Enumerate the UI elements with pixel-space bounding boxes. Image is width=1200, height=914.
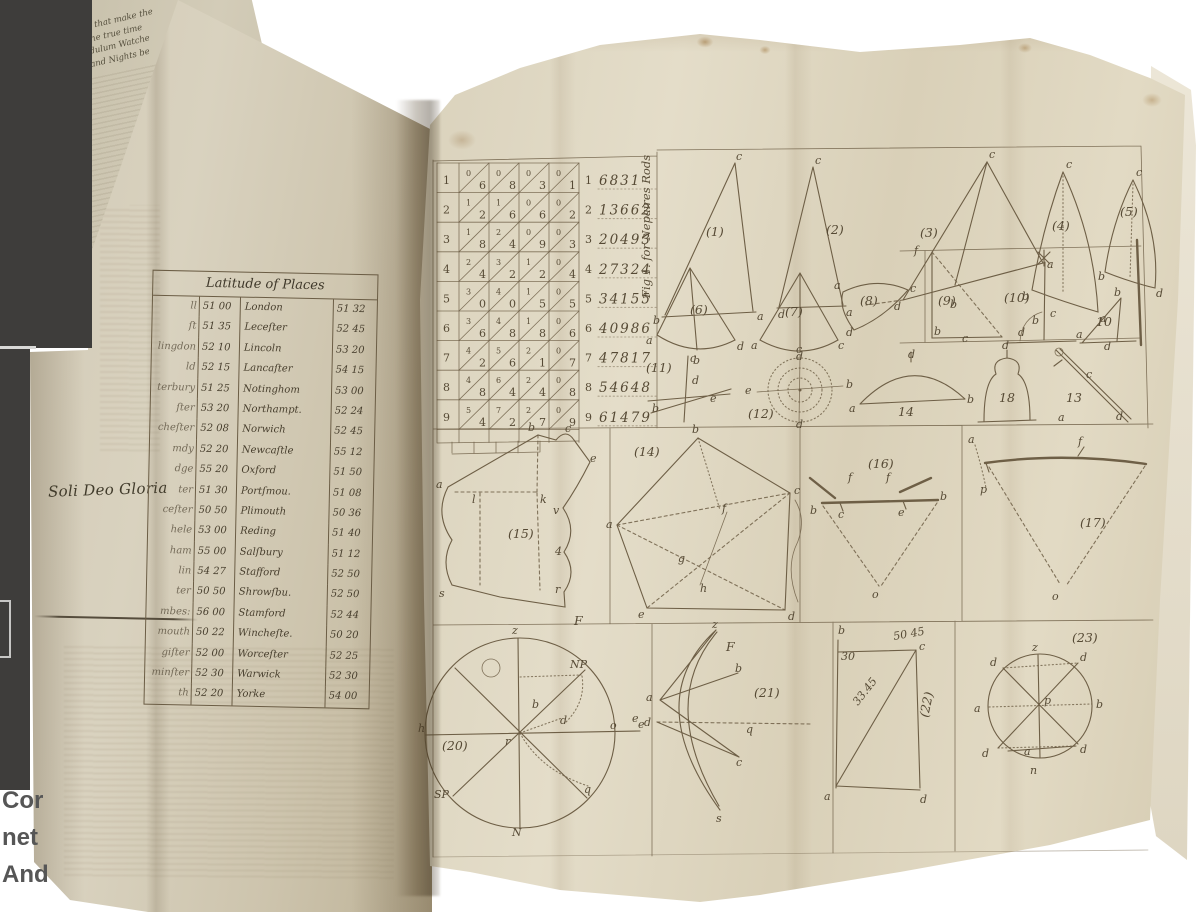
cell-place-right: Stamford xyxy=(233,603,326,625)
cell-place-left: ter xyxy=(147,581,193,602)
cell-latitude-right: 54 00 xyxy=(324,687,366,708)
cell-latitude-left: 51 25 xyxy=(197,378,238,399)
cell-place-right: Leceſter xyxy=(239,318,332,340)
cell-latitude-right: 51 50 xyxy=(329,463,371,484)
cell-latitude-left: 50 50 xyxy=(193,582,234,603)
cell-place-right: Notinghom xyxy=(238,379,331,401)
cell-place-right: Portſmou. xyxy=(236,481,329,503)
cell-latitude-left: 52 15 xyxy=(197,358,238,379)
cell-latitude-right: 52 25 xyxy=(325,646,367,667)
left-edge-tab xyxy=(0,600,11,658)
cell-latitude-right: 52 50 xyxy=(327,585,369,606)
cell-place-right: Yorke xyxy=(231,685,324,707)
cell-latitude-left: 56 00 xyxy=(192,602,233,623)
cell-place-left: cheſter xyxy=(150,418,196,439)
cell-place-right: Stafford xyxy=(234,563,327,585)
cell-latitude-left: 55 20 xyxy=(195,460,236,481)
cell-place-left: minſter xyxy=(145,663,191,684)
cell-latitude-right: 53 00 xyxy=(331,381,373,402)
cell-latitude-left: 50 50 xyxy=(194,501,235,522)
cell-latitude-right: 51 32 xyxy=(333,299,375,320)
cell-latitude-right: 54 15 xyxy=(331,361,373,382)
clipped-text-line: net xyxy=(2,819,132,856)
cell-latitude-left: 51 00 xyxy=(199,297,240,318)
cell-latitude-right: 55 12 xyxy=(330,442,372,463)
cell-latitude-left: 52 30 xyxy=(191,664,232,685)
cell-latitude-right: 52 50 xyxy=(327,564,369,585)
cell-place-right: Worceſter xyxy=(232,644,325,666)
cell-place-left: ld xyxy=(151,357,197,378)
cell-latitude-right: 51 08 xyxy=(329,483,371,504)
cell-place-right: Lancaſter xyxy=(238,359,331,381)
cell-latitude-right: 51 12 xyxy=(327,544,369,565)
cell-latitude-left: 52 10 xyxy=(198,337,239,358)
book-gutter-shadow xyxy=(396,100,440,896)
cell-place-right: Wincheſte. xyxy=(233,624,326,646)
cell-place-left: ſter xyxy=(150,398,196,419)
cell-latitude-right: 52 45 xyxy=(330,422,372,443)
foldout-plate-page xyxy=(400,20,1200,902)
clipped-text-line: And xyxy=(2,856,132,893)
cell-place-right: Lincoln xyxy=(239,338,332,360)
cell-place-right: Norwich xyxy=(237,420,330,442)
dark-panel-top xyxy=(0,0,92,348)
cell-latitude-right: 51 40 xyxy=(328,524,370,545)
latitude-table: Latitude of Places ll51 00London51 32 ſt… xyxy=(143,270,378,709)
cell-place-left: hele xyxy=(148,520,194,541)
cell-latitude-left: 52 00 xyxy=(191,643,232,664)
cell-latitude-left: 54 27 xyxy=(193,562,234,583)
cell-place-left: mbes: xyxy=(146,601,192,622)
cell-latitude-left: 52 20 xyxy=(196,439,237,460)
clipped-webpage-text: Cor net And xyxy=(2,782,132,893)
cell-latitude-left: 51 35 xyxy=(198,317,239,338)
cell-latitude-left: 52 20 xyxy=(190,684,231,705)
clipped-text-line: Cor xyxy=(2,782,132,819)
table-row: th52 20Yorke54 00 xyxy=(144,683,368,708)
cell-place-right: Plimouth xyxy=(235,501,328,523)
dark-panel-bottom xyxy=(0,348,30,790)
cell-latitude-left: 52 08 xyxy=(196,419,237,440)
cell-place-left: ll xyxy=(153,296,199,317)
cell-place-right: Northampt. xyxy=(237,399,330,421)
cell-place-right: Warwick xyxy=(232,664,325,686)
cell-latitude-right: 52 30 xyxy=(325,666,367,687)
latitude-table-rows: ll51 00London51 32 ſt51 35Leceſter52 45 … xyxy=(144,296,376,708)
cell-place-left: mouth xyxy=(146,622,192,643)
plate-folds-and-stains xyxy=(400,20,1200,902)
cell-place-left: ter xyxy=(149,479,195,500)
cell-place-right: Shrowſbu. xyxy=(234,583,327,605)
cell-latitude-left: 53 20 xyxy=(196,399,237,420)
cell-place-right: Newcaſtle xyxy=(237,440,330,462)
cell-place-left: ſt xyxy=(152,316,198,337)
cell-place-left: giſter xyxy=(145,642,191,663)
cell-latitude-left: 51 30 xyxy=(195,480,236,501)
cell-latitude-right: 52 44 xyxy=(326,605,368,626)
cell-place-left: ham xyxy=(147,540,193,561)
cell-latitude-right: 50 36 xyxy=(328,503,370,524)
cell-place-right: Oxford xyxy=(236,461,329,483)
cell-place-left: dge xyxy=(149,459,195,480)
cell-place-right: London xyxy=(240,298,333,320)
cell-place-left: lin xyxy=(147,561,193,582)
cell-place-left: terbury xyxy=(151,377,197,398)
cell-place-left: ceſter xyxy=(148,500,194,521)
cell-latitude-left: 50 22 xyxy=(192,623,233,644)
cell-latitude-right: 50 20 xyxy=(326,626,368,647)
cell-place-left: lingdon xyxy=(152,336,198,357)
cell-latitude-left: 55 00 xyxy=(193,541,234,562)
cell-place-right: Reding xyxy=(235,522,328,544)
cell-latitude-right: 52 24 xyxy=(330,401,372,422)
cell-latitude-right: 52 45 xyxy=(332,320,374,341)
cell-place-left: mdy xyxy=(150,438,196,459)
cell-latitude-right: 53 20 xyxy=(332,340,374,361)
panel-notch-line xyxy=(0,346,36,349)
cell-place-right: Salſbury xyxy=(234,542,327,564)
cell-place-left: th xyxy=(144,683,190,704)
cell-latitude-left: 53 00 xyxy=(194,521,235,542)
